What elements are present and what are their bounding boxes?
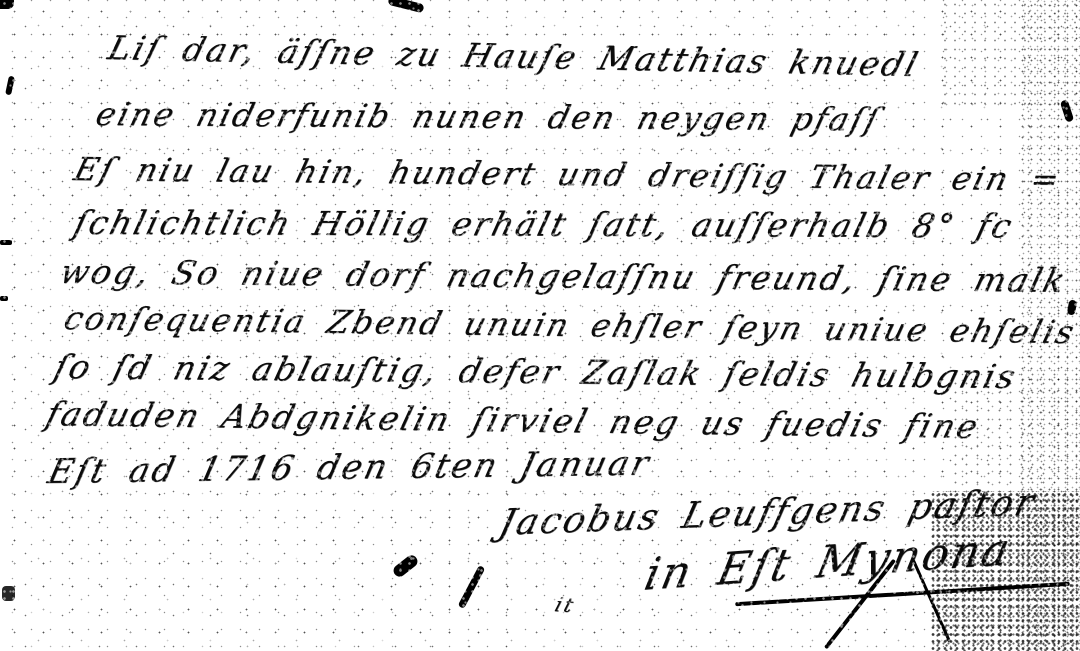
manuscript-scan: Liſ dar, äſſne zu Hauſe Matthias knuedl … [0, 0, 1080, 651]
handwritten-line: Liſ dar, äſſne zu Hauſe Matthias knuedl [104, 28, 924, 84]
top-right-corner-noise [940, 0, 1080, 110]
handwritten-line: Eſ niu lau hin, hundert und dreiſſig Tha… [70, 150, 1066, 198]
left-edge-ink-mark [0, 240, 12, 245]
left-edge-ink-mark [5, 76, 15, 96]
handwritten-line: ſo ſd niz ablauſtig, defer Zaſlak ſeldis… [50, 347, 1022, 396]
bottom-ink-stroke [458, 565, 486, 609]
top-edge-ink-mark [387, 0, 424, 13]
bottom-ink-blob [391, 553, 420, 579]
signature-small-mark: it [552, 592, 579, 617]
handwritten-line: wog, So niue dorf nachgelaſſnu freund, ſ… [56, 252, 1071, 300]
bottom-left-ink-mark [2, 586, 15, 601]
handwritten-line: eine niderfunib nunen den neygen pfaſſ [92, 95, 885, 138]
handwritten-date-line: Eſt ad 1716 den 6ten Januar [44, 443, 655, 492]
right-edge-ink-mark [1060, 99, 1074, 122]
top-left-corner-mark [0, 0, 14, 9]
handwritten-line: ſchlichtlich Höllig erhält ſatt, auſſerh… [70, 203, 1018, 245]
handwritten-line: conſequentia Zbend unuin ehſler ſeyn uni… [60, 299, 1080, 351]
handwritten-line: faduden Abdgnikelin ſirviel neg us fuedi… [42, 394, 984, 446]
left-edge-ink-mark [0, 296, 8, 301]
